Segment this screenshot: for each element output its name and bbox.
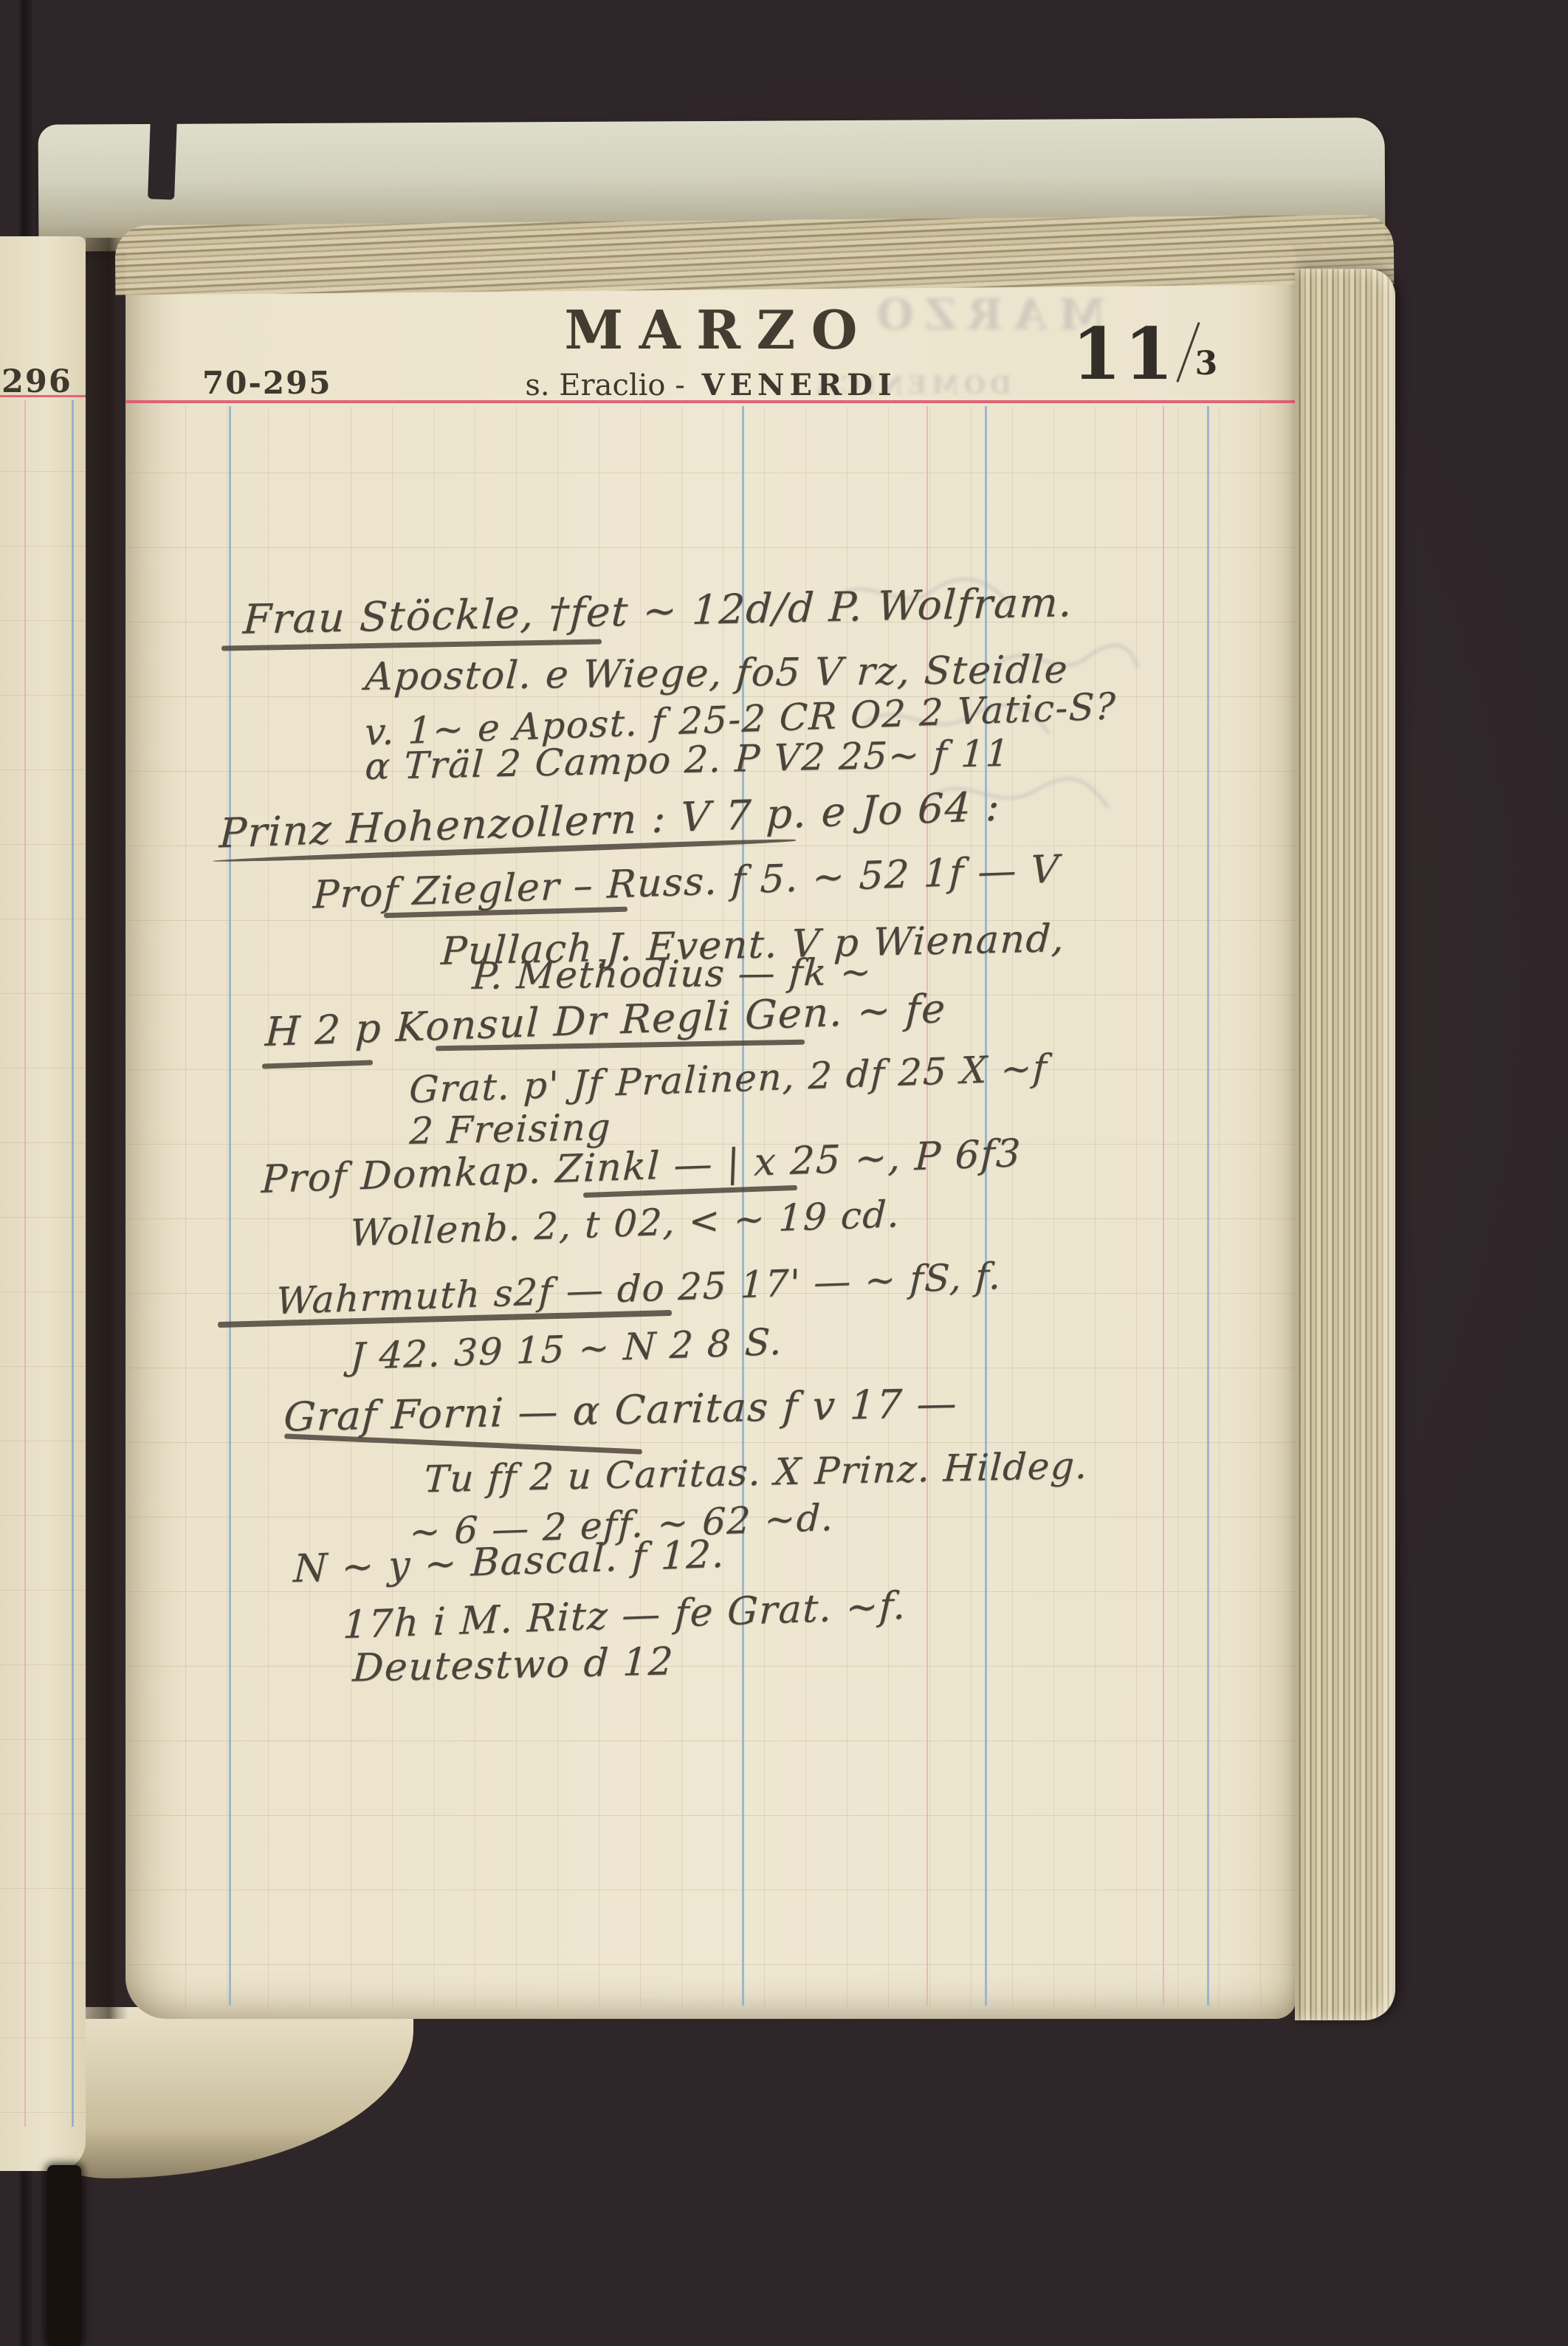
diary-scan-photo: 296 MARZO DOMENICA 70-295 MARZO s. Eracl… <box>0 0 1568 2346</box>
handwriting-line: 2 Freising <box>408 1105 612 1153</box>
blue-rule-line <box>1207 406 1209 2006</box>
pink-rule-line <box>24 400 26 2127</box>
red-header-rule <box>125 400 1296 403</box>
separator: - <box>675 368 685 402</box>
facing-page-number: 296 <box>1 363 72 400</box>
diary-page: MARZO DOMENICA 70-295 MARZO s. Eraclio -… <box>125 238 1296 2019</box>
saint-name: s. Eraclio <box>525 368 665 402</box>
page-stack-fore-edge <box>1295 269 1395 2020</box>
day-of-month: 11 3 <box>1072 320 1217 387</box>
weekday-name: VENERDI <box>701 368 896 402</box>
month-number: 3 <box>1195 345 1218 383</box>
pink-rule-line <box>926 406 928 2006</box>
day-number: 11 <box>1072 322 1177 387</box>
facing-page-sliver: 296 <box>0 236 86 2171</box>
blue-rule-line <box>72 400 74 2127</box>
book-gutter-shadow <box>86 238 128 2019</box>
blue-rule-line <box>985 406 987 2006</box>
book-top-notch <box>148 116 177 199</box>
pink-rule-line <box>1163 406 1164 2006</box>
cover-edge-shadow <box>47 2165 81 2346</box>
handwriting-line: Deutestwo d 12 <box>351 1639 675 1690</box>
page-stack-top-edges <box>115 214 1395 295</box>
